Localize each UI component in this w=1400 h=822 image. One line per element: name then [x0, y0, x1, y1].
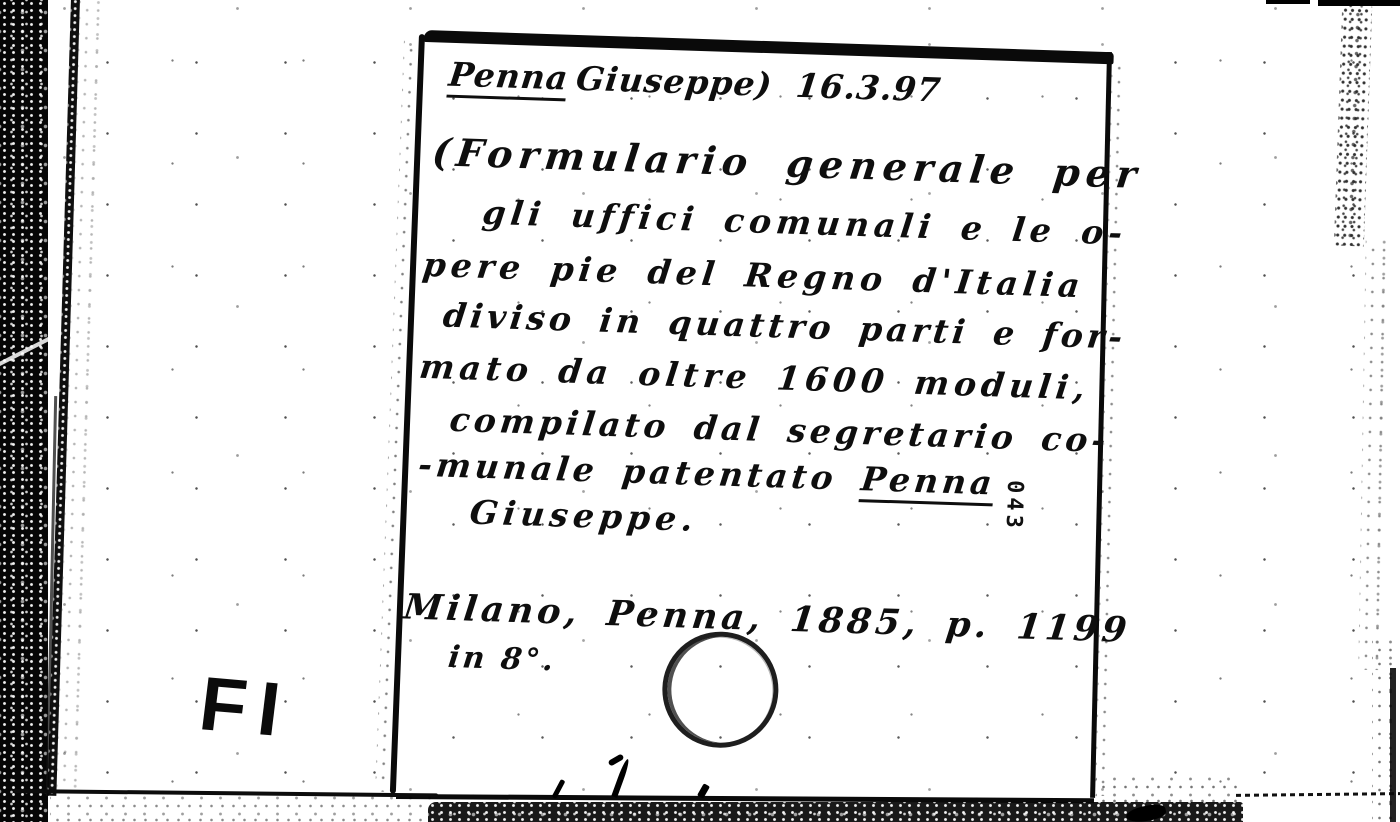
entry-date: 16.3.97 [794, 66, 943, 110]
scanned-catalog-card-page: PennaGiuseppe)16.3.97 (Formulario genera… [0, 0, 1400, 822]
title-line-4: diviso in quattro parti e for- [441, 297, 1128, 357]
title-line-7-underlined-name: Penna [859, 459, 998, 506]
shelf-speckle-right-gap [1096, 777, 1238, 803]
title-line-7-text: -munale patentato [416, 445, 864, 498]
card-handwriting-block: PennaGiuseppe)16.3.97 (Formulario genera… [406, 46, 1095, 815]
scan-edge-top-right-bar-1 [1266, 0, 1310, 4]
scan-edge-left-band [0, 0, 48, 822]
title-line-8: Giuseppe. [468, 494, 700, 539]
title-line-1: (Formulario generale per [430, 130, 1145, 196]
shelf-speckle-left [50, 796, 440, 822]
title-line-5: mato da oltre 1600 moduli, [417, 348, 1092, 407]
author-given-name: Giuseppe) [574, 59, 775, 104]
author-surname: Penna [446, 55, 570, 102]
card-header-line: PennaGiuseppe)16.3.97 [447, 56, 943, 110]
title-line-3: pere pie del Regno d'Italia [421, 246, 1087, 305]
title-line-2: gli uffici comunali e le o- [480, 194, 1129, 253]
fi-location-stamp: FI [195, 660, 297, 754]
side-accession-number: 043 [1001, 480, 1028, 533]
circular-stamp-icon [661, 630, 781, 750]
scan-edge-right-line-bottom [1390, 668, 1396, 822]
format-line: in 8°. [446, 641, 558, 679]
scan-edge-top-right-bar-2 [1318, 0, 1400, 6]
shelf-dark-band [428, 802, 1243, 822]
